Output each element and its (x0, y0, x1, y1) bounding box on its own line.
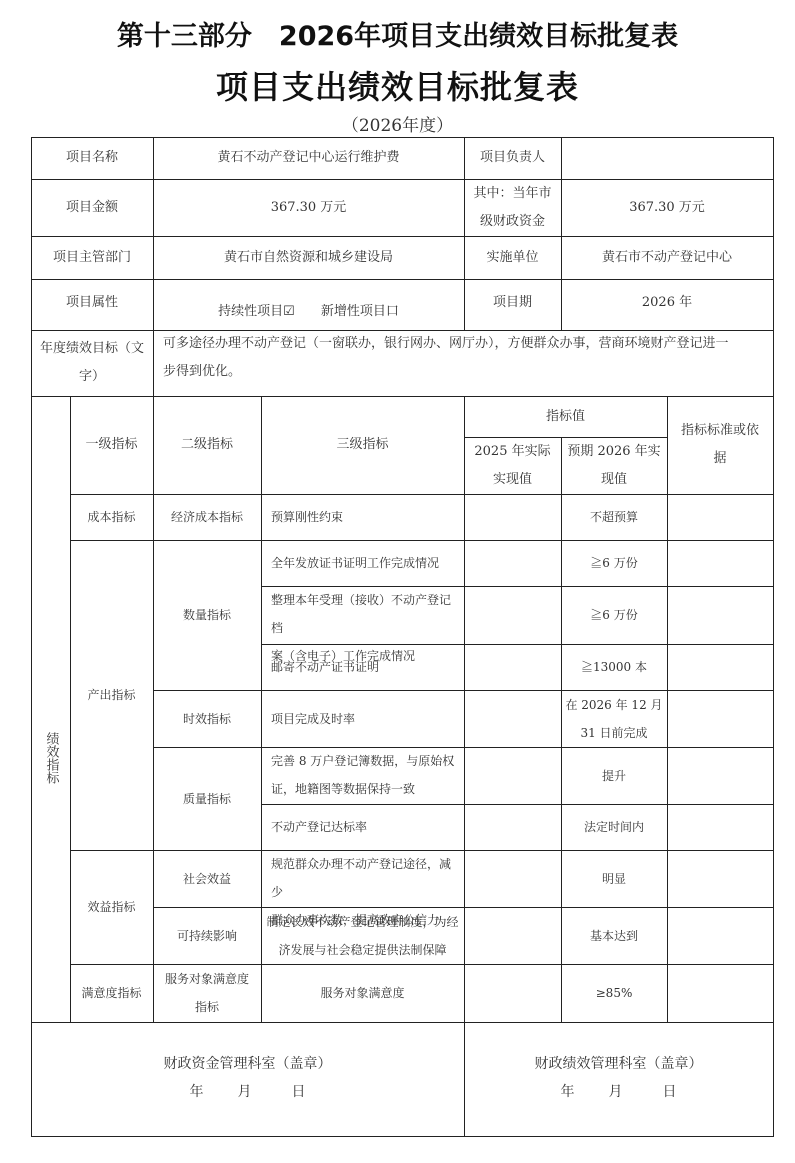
project-name-label: 项目名称 (31, 137, 153, 179)
goal-value-line1: 可多途径办理不动产登记（一窗联办，银行网办、网厅办），方便群众办事，营商环境财产… (163, 330, 729, 358)
project-owner-label: 项目负责人 (464, 137, 561, 179)
fund-office-label: 财政资金管理科室（盖章） (31, 1050, 464, 1078)
section-title: 第十三部分 2026年项目支出绩效目标批复表 (0, 14, 795, 53)
level3-line1: 制定长效不动产登记管理制度，为经 (266, 908, 458, 936)
level3-registry-data: 完善 8 万户登记簿数据，与原始权 证，地籍图等数据保持一致 (261, 747, 464, 804)
city-fund-label: 其中：当年市 级财政资金 (464, 179, 561, 236)
level2-economic-cost: 经济成本指标 (153, 494, 261, 540)
day-label: 日 (292, 1078, 306, 1106)
level3-certificates-issued: 全年发放证书证明工作完成情况 (261, 540, 464, 586)
level3-compliance-rate: 不动产登记达标率 (261, 804, 464, 850)
dept-label: 项目主管部门 (31, 236, 153, 279)
year-label: 年 (190, 1078, 204, 1106)
performance-office-signature: 财政绩效管理科室（盖章） 年月日 (464, 1050, 773, 1106)
header-actual-2025-line2: 实现值 (493, 466, 532, 494)
expected-value: ≥85% (561, 964, 667, 1022)
level3-budget-constraint: 预算刚性约束 (261, 494, 464, 540)
level2-service-satisfaction: 服务对象满意度 指标 (153, 964, 261, 1022)
expected-value: ≧6 万份 (561, 540, 667, 586)
month-label: 月 (609, 1078, 623, 1106)
attr-new-label: 新增性项目 (321, 298, 386, 326)
header-level3: 三级指标 (261, 396, 464, 494)
level1-cost: 成本指标 (70, 494, 153, 540)
header-actual-2025-line1: 2025 年实际 (474, 438, 550, 466)
level3-mailing: 邮寄不动产证书证明 (261, 644, 464, 690)
year-label: 年 (561, 1078, 575, 1106)
expected-value: 在 2026 年 12 月 31 日前完成 (561, 690, 667, 747)
goal-label-line2: 字） (79, 363, 105, 391)
header-standard-line2: 据 (713, 445, 726, 473)
date-line: 年月日 (31, 1078, 464, 1106)
form-title: 项目支出绩效目标批复表 (0, 62, 795, 108)
level2-line2: 指标 (195, 993, 219, 1021)
header-standard-line1: 指标标准或依 (681, 417, 759, 445)
expected-line2: 31 日前完成 (580, 719, 647, 747)
attr-label: 项目属性 (31, 279, 153, 330)
performance-indicators-label: 绩效指标 (31, 494, 70, 1022)
dept-value: 黄石市自然资源和城乡建设局 (153, 236, 464, 279)
header-expected-2026: 预期 2026 年实 现值 (561, 437, 667, 494)
checkbox-checked-icon[interactable]: ☑ (283, 298, 295, 326)
header-value-group: 指标值 (464, 396, 667, 437)
date-line: 年月日 (464, 1078, 773, 1106)
level2-quality: 质量指标 (153, 747, 261, 850)
project-name-value: 黄石不动产登记中心运行维护费 (153, 137, 464, 179)
header-level1: 一级指标 (70, 396, 153, 494)
level3-line2: 济发展与社会稳定提供法制保障 (278, 936, 446, 964)
project-owner-value (561, 137, 773, 179)
expected-value: 提升 (561, 747, 667, 804)
header-standard: 指标标准或依 据 (667, 396, 773, 494)
level3-line1: 规范群众办理不动产登记途径，减少 (271, 850, 460, 906)
level3-line1: 完善 8 万户登记簿数据，与原始权 (271, 747, 454, 775)
goal-value: 可多途径办理不动产登记（一窗联办，银行网办、网厅办），方便群众办事，营商环境财产… (153, 330, 773, 396)
level3-line2: 证，地籍图等数据保持一致 (271, 775, 415, 803)
expected-value: 法定时间内 (561, 804, 667, 850)
header-actual-2025: 2025 年实际 实现值 (464, 437, 561, 494)
level3-line1: 整理本年受理（接收）不动产登记档 (271, 586, 460, 642)
project-amount-label: 项目金额 (31, 179, 153, 236)
expected-value: 基本达到 (561, 907, 667, 964)
goal-label-line1: 年度绩效目标（文 (40, 335, 144, 363)
level3-archives-organized: 整理本年受理（接收）不动产登记档 案（含电子）工作完成情况 (261, 586, 464, 644)
unit-value: 黄石市不动产登记中心 (561, 236, 773, 279)
level2-quantity: 数量指标 (153, 540, 261, 690)
level2-line1: 服务对象满意度 (165, 965, 249, 993)
level1-satisfaction: 满意度指标 (70, 964, 153, 1022)
level3-completion-rate: 项目完成及时率 (261, 690, 464, 747)
level1-output: 产出指标 (70, 540, 153, 850)
month-label: 月 (238, 1078, 252, 1106)
level2-social-benefit: 社会效益 (153, 850, 261, 907)
project-amount-value: 367.30 万元 (153, 179, 464, 236)
city-fund-label-line1: 其中：当年市 (473, 180, 551, 208)
unit-label: 实施单位 (464, 236, 561, 279)
form-year: （2026年度） (0, 111, 795, 136)
expected-value: ≧6 万份 (561, 586, 667, 644)
goal-label: 年度绩效目标（文 字） (31, 330, 153, 396)
goal-value-line2: 步得到优化。 (163, 358, 241, 386)
level3-standardize-process: 规范群众办理不动产登记途径，减少 群众办事次数，提高政府公信力 (261, 850, 464, 907)
performance-office-label: 财政绩效管理科室（盖章） (464, 1050, 773, 1078)
city-fund-value: 367.30 万元 (561, 179, 773, 236)
expected-value: 明显 (561, 850, 667, 907)
level3-service-satisfaction: 服务对象满意度 (261, 964, 464, 1022)
level2-sustainability: 可持续影响 (153, 907, 261, 964)
level1-benefit: 效益指标 (70, 850, 153, 964)
attr-continuing-label: 持续性项目 (218, 298, 283, 326)
header-expected-2026-line1: 预期 2026 年实 (567, 438, 660, 466)
expected-value: ≧13000 本 (561, 644, 667, 690)
level2-timeliness: 时效指标 (153, 690, 261, 747)
header-expected-2026-line2: 现值 (601, 466, 627, 494)
expected-line1: 在 2026 年 12 月 (565, 691, 662, 719)
checkbox-unchecked-icon[interactable]: 口 (386, 298, 399, 326)
fund-office-signature: 财政资金管理科室（盖章） 年月日 (31, 1050, 464, 1106)
city-fund-label-line2: 级财政资金 (480, 208, 545, 236)
period-label: 项目期 (464, 279, 561, 330)
header-level2: 二级指标 (153, 396, 261, 494)
expected-value: 不超预算 (561, 494, 667, 540)
attr-options: 持续性项目☑ 新增性项目口 (153, 279, 464, 330)
day-label: 日 (663, 1078, 677, 1106)
period-value: 2026 年 (561, 279, 773, 330)
level3-long-term-system: 制定长效不动产登记管理制度，为经 济发展与社会稳定提供法制保障 (261, 907, 464, 964)
